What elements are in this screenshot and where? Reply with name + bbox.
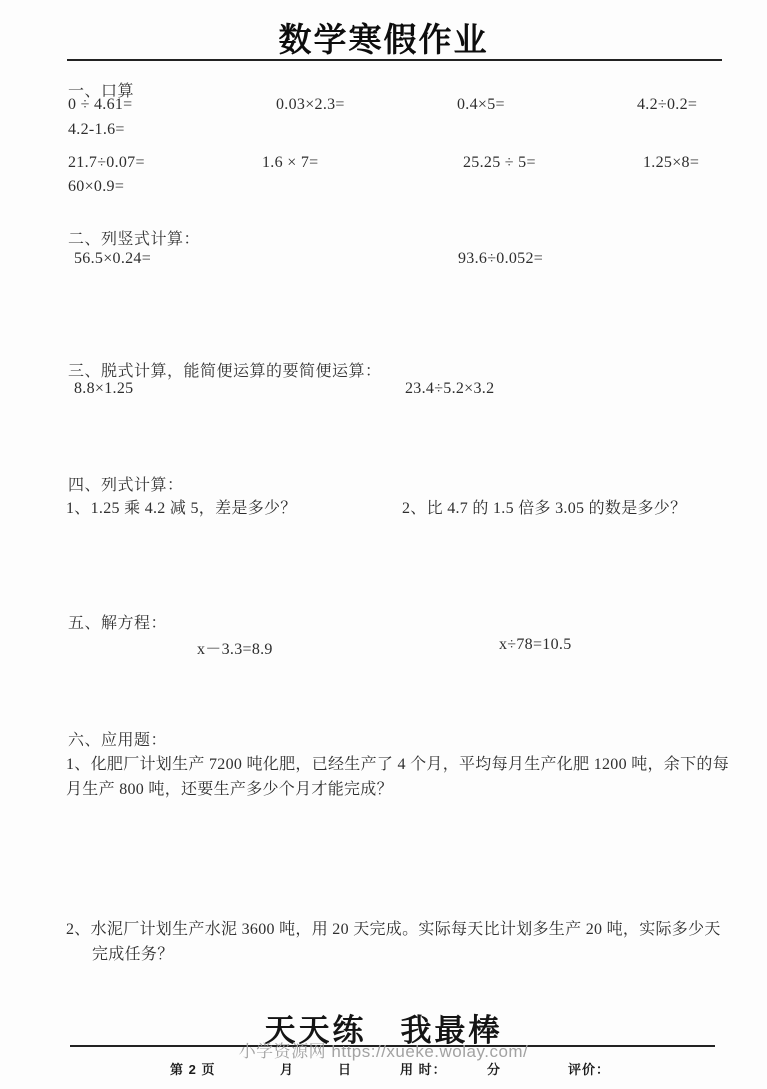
oral-problem: 0 ÷ 4.61= <box>68 96 133 114</box>
equation-problem: x－3.3=8.9 <box>197 636 273 659</box>
vertical-problem: 56.5×0.24= <box>74 250 151 268</box>
oral-problem: 21.7÷0.07= <box>68 154 145 172</box>
word-problem-2-line-2: 完成任务？ <box>92 941 174 964</box>
oral-problem: 0.4×5= <box>457 96 505 114</box>
vertical-problem: 93.6÷0.052= <box>458 250 543 268</box>
oral-problem: 1.25×8= <box>643 154 699 172</box>
section-header-equations: 五、解方程： <box>68 610 167 633</box>
word-problem-1-line-1: 1、化肥厂计划生产 7200 吨化肥，已经生产了 4 个月，平均每月生产化肥 1… <box>66 751 729 774</box>
watermark-text: 小学资源网 https://xueke.wolay.com/ <box>0 1037 767 1062</box>
oral-problem: 60×0.9= <box>68 178 124 196</box>
section-header-expression: 四、列式计算： <box>68 472 184 495</box>
header-divider <box>67 59 722 61</box>
stepwise-problem: 23.4÷5.2×3.2 <box>405 380 494 398</box>
word-problem-2-line-1: 2、水泥厂计划生产水泥 3600 吨，用 20 天完成。实际每天比计划多生产 2… <box>66 916 721 939</box>
stepwise-problem: 8.8×1.25 <box>74 380 133 398</box>
section-header-stepwise: 三、脱式计算，能简便运算的要简便运算： <box>68 358 382 381</box>
page-title: 数学寒假作业 <box>0 14 767 61</box>
oral-problem: 4.2-1.6= <box>68 121 125 139</box>
worksheet-page: 数学寒假作业 一、口算 0 ÷ 4.61= 0.03×2.3= 0.4×5= 4… <box>0 0 767 1089</box>
expression-problem: 2、比 4.7 的 1.5 倍多 3.05 的数是多少？ <box>402 495 686 518</box>
expression-problem: 1、1.25 乘 4.2 减 5，差是多少？ <box>66 495 297 518</box>
section-header-vertical: 二、列竖式计算： <box>68 226 200 249</box>
oral-problem: 25.25 ÷ 5= <box>463 154 536 172</box>
word-problem-1-line-2: 月生产 800 吨，还要生产多少个月才能完成？ <box>66 776 393 799</box>
section-header-word-problems: 六、应用题： <box>68 727 167 750</box>
oral-problem: 0.03×2.3= <box>276 96 345 114</box>
equation-problem: x÷78=10.5 <box>499 636 572 654</box>
oral-problem: 1.6 × 7= <box>262 154 318 172</box>
oral-problem: 4.2÷0.2= <box>637 96 697 114</box>
